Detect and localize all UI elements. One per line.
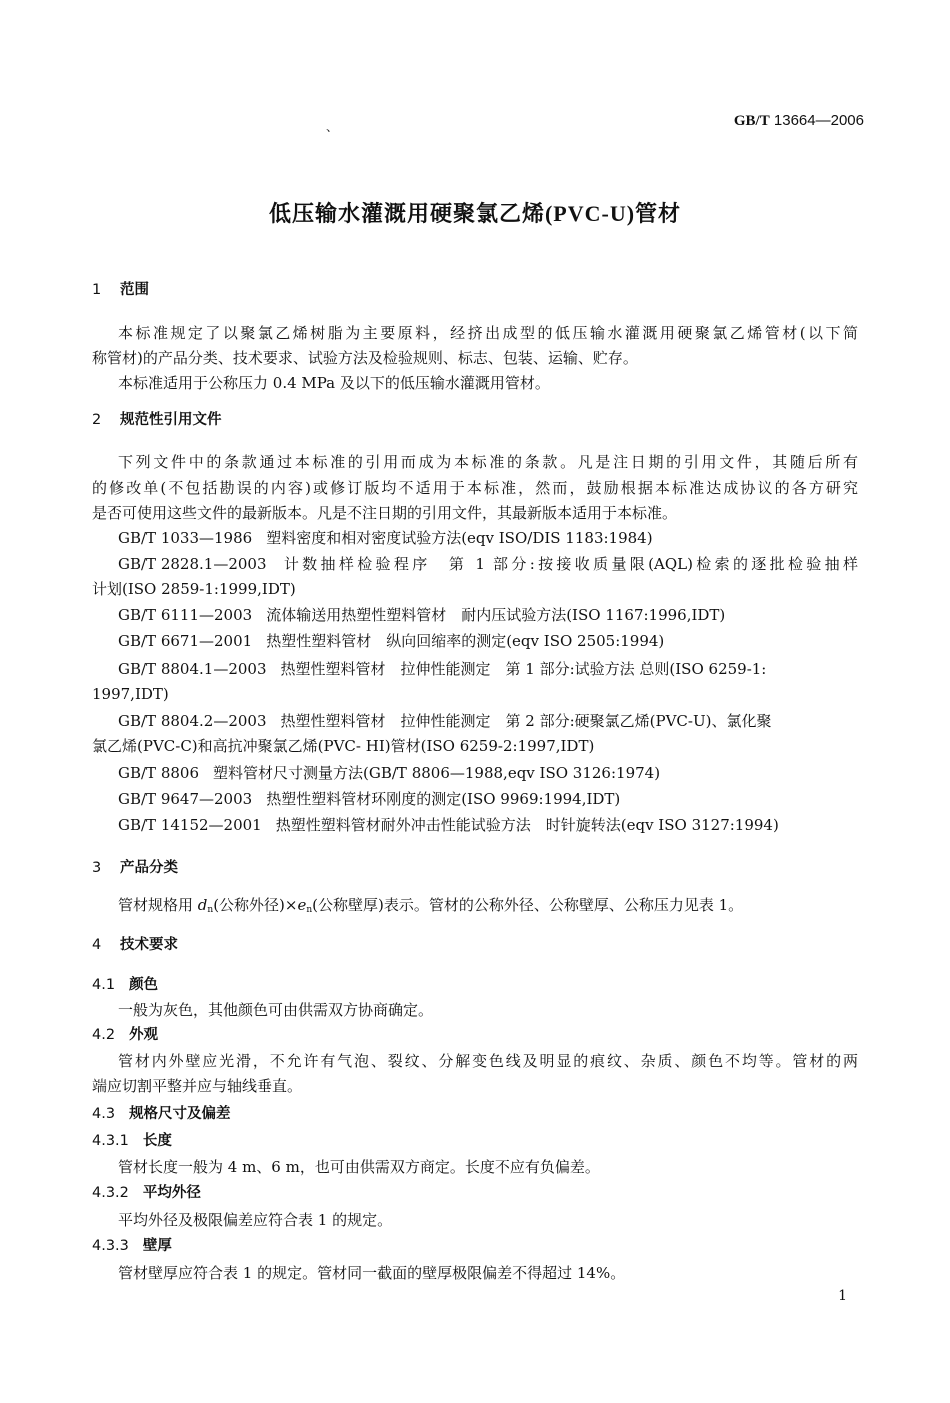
reference-title: 热塑性塑料管材耐外冲击性能试验方法 时针旋转法(eqv ISO 3127:199… [276, 816, 779, 834]
subsection-4-1-text: 一般为灰色，其他颜色可由供需双方协商确定。 [118, 1000, 898, 1020]
reference-continuation: 1997,IDT) [92, 684, 872, 704]
symbol-dn: d [198, 896, 208, 914]
reference-title: 流体输送用热塑性塑料管材 耐内压试验方法(ISO 1167:1996,IDT) [266, 606, 725, 624]
reference-title: 热塑性塑料管材 纵向回缩率的测定(eqv ISO 2505:1994) [266, 632, 664, 650]
subsection-number: 4.2 [92, 1025, 115, 1045]
document-title: 低压输水灌溉用硬聚氯乙烯(PVC-U)管材 [0, 197, 950, 228]
reference-code: GB/T 14152—2001 [118, 815, 262, 835]
reference-item: GB/T 14152—2001热塑性塑料管材耐外冲击性能试验方法 时针旋转法(e… [118, 815, 898, 835]
text-run: (公称壁厚)表示。管材的公称外径、公称壁厚、公称压力见表 1。 [312, 896, 743, 914]
reference-item: GB/T 6671—2001热塑性塑料管材 纵向回缩率的测定(eqv ISO 2… [118, 631, 898, 651]
subsection-4-3-3-heading: 4.3.3壁厚 [92, 1236, 872, 1256]
reference-code: GB/T 8804.2—2003 [118, 711, 267, 731]
section-4-heading: 4技术要求 [92, 935, 872, 955]
subsection-title: 外观 [129, 1027, 158, 1043]
standard-code: GB/T 13664—2006 [734, 112, 864, 130]
section-title: 产品分类 [120, 860, 178, 876]
subsection-4-3-3-text: 管材壁厚应符合表 1 的规定。管材同一截面的壁厚极限偏差不得超过 14%。 [118, 1263, 898, 1283]
reference-code: GB/T 8804.1—2003 [118, 659, 267, 679]
subsection-number: 4.3.3 [92, 1236, 129, 1256]
reference-continuation: 氯乙烯(PVC-C)和高抗冲聚氯乙烯(PVC- HI)管材(ISO 6259-2… [92, 736, 872, 756]
subsection-4-3-1-text: 管材长度一般为 4 m、6 m，也可由供需双方商定。长度不应有负偏差。 [118, 1157, 898, 1177]
reference-title: 热塑性塑料管材 拉伸性能测定 第 1 部分:试验方法 总则(ISO 6259-1… [281, 660, 767, 678]
section-2-paragraph-line: 的修改单(不包括勘误的内容)或修订版均不适用于本标准，然而，鼓励根据本标准达成协… [92, 478, 858, 498]
subsection-4-3-1-heading: 4.3.1长度 [92, 1131, 872, 1151]
section-1-paragraph-line: 本标准规定了以聚氯乙烯树脂为主要原料，经挤出成型的低压输水灌溉用硬聚氯乙烯管材(… [118, 323, 858, 343]
section-1-heading: 1范围 [92, 280, 872, 300]
standard-number: 13664—2006 [774, 112, 864, 129]
reference-item: GB/T 1033—1986塑料密度和相对密度试验方法(eqv ISO/DIS … [118, 528, 898, 548]
section-title: 技术要求 [120, 937, 178, 953]
standard-prefix: GB/T [734, 113, 770, 129]
reference-item: GB/T 8804.2—2003热塑性塑料管材 拉伸性能测定 第 2 部分:硬聚… [118, 711, 898, 731]
reference-title: 热塑性塑料管材 拉伸性能测定 第 2 部分:硬聚氯乙烯(PVC-U)、氯化聚 [281, 712, 772, 730]
reference-code: GB/T 9647—2003 [118, 789, 252, 809]
reference-item: GB/T 2828.1—2003计数抽样检验程序 第 1 部分:按接收质量限(A… [118, 554, 858, 574]
section-number: 1 [92, 280, 120, 300]
section-3-paragraph: 管材规格用 dn(公称外径)×en(公称壁厚)表示。管材的公称外径、公称壁厚、公… [118, 895, 898, 920]
section-title: 规范性引用文件 [120, 412, 222, 428]
reference-title: 塑料密度和相对密度试验方法(eqv ISO/DIS 1183:1984) [266, 529, 652, 547]
text-run: (公称外径)× [213, 896, 297, 914]
title-part-latin: (PVC-U) [545, 201, 635, 226]
page-number: 1 [838, 1288, 847, 1304]
reference-item: GB/T 6111—2003流体输送用热塑性塑料管材 耐内压试验方法(ISO 1… [118, 605, 898, 625]
subsection-title: 壁厚 [143, 1238, 172, 1254]
reference-title: 塑料管材尺寸测量方法(GB/T 8806—1988,eqv ISO 3126:1… [213, 764, 660, 782]
title-part-1: 低压输水灌溉用硬聚氯乙烯 [269, 202, 545, 227]
section-2-paragraph-line: 是否可使用这些文件的最新版本。凡是不注日期的引用文件，其最新版本适用于本标准。 [92, 503, 872, 523]
section-number: 3 [92, 858, 120, 878]
reference-item: GB/T 8806塑料管材尺寸测量方法(GB/T 8806—1988,eqv I… [118, 763, 898, 783]
subsection-title: 颜色 [129, 977, 158, 993]
reference-code: GB/T 1033—1986 [118, 528, 252, 548]
subsection-number: 4.1 [92, 975, 115, 995]
section-2-paragraph-line: 下列文件中的条款通过本标准的引用而成为本标准的条款。凡是注日期的引用文件，其随后… [118, 452, 858, 472]
document-page: 、 GB/T 13664—2006 低压输水灌溉用硬聚氯乙烯(PVC-U)管材 … [0, 0, 950, 1403]
title-part-2: 管材 [635, 202, 681, 227]
subsection-4-3-heading: 4.3规格尺寸及偏差 [92, 1104, 872, 1124]
subsection-4-2-text-line: 管材内外壁应光滑，不允许有气泡、裂纹、分解变色线及明显的痕纹、杂质、颜色不均等。… [118, 1051, 858, 1071]
scan-mark: 、 [326, 118, 338, 135]
subsection-title: 平均外径 [143, 1185, 201, 1201]
subsection-title: 长度 [143, 1133, 172, 1149]
section-number: 4 [92, 935, 120, 955]
section-number: 2 [92, 410, 120, 430]
subsection-title: 规格尺寸及偏差 [129, 1106, 231, 1122]
subsection-4-2-text-line: 端应切割平整并应与轴线垂直。 [92, 1076, 872, 1096]
subsection-number: 4.3 [92, 1104, 115, 1124]
reference-code: GB/T 6111—2003 [118, 605, 252, 625]
section-2-heading: 2规范性引用文件 [92, 410, 872, 430]
section-1-paragraph-2: 本标准适用于公称压力 0.4 MPa 及以下的低压输水灌溉用管材。 [118, 373, 898, 393]
subsection-4-3-2-heading: 4.3.2平均外径 [92, 1183, 872, 1203]
reference-title: 计数抽样检验程序 第 1 部分:按接收质量限(AQL)检索的逐批检验抽样 [281, 555, 859, 573]
reference-title: 热塑性塑料管材环刚度的测定(ISO 9969:1994,IDT) [266, 790, 620, 808]
subsection-4-2-heading: 4.2外观 [92, 1025, 872, 1045]
reference-code: GB/T 8806 [118, 763, 199, 783]
section-title: 范围 [120, 282, 149, 298]
text-run: 管材规格用 [118, 896, 198, 914]
section-3-heading: 3产品分类 [92, 858, 872, 878]
reference-continuation: 计划(ISO 2859-1:1999,IDT) [92, 579, 872, 599]
reference-item: GB/T 9647—2003热塑性塑料管材环刚度的测定(ISO 9969:199… [118, 789, 898, 809]
reference-code: GB/T 2828.1—2003 [118, 554, 267, 574]
subsection-4-3-2-text: 平均外径及极限偏差应符合表 1 的规定。 [118, 1210, 898, 1230]
reference-code: GB/T 6671—2001 [118, 631, 252, 651]
reference-item: GB/T 8804.1—2003热塑性塑料管材 拉伸性能测定 第 1 部分:试验… [118, 659, 898, 679]
section-1-paragraph-line: 称管材)的产品分类、技术要求、试验方法及检验规则、标志、包装、运输、贮存。 [92, 348, 872, 368]
subsection-number: 4.3.1 [92, 1131, 129, 1151]
subsection-number: 4.3.2 [92, 1183, 129, 1203]
subsection-4-1-heading: 4.1颜色 [92, 975, 872, 995]
